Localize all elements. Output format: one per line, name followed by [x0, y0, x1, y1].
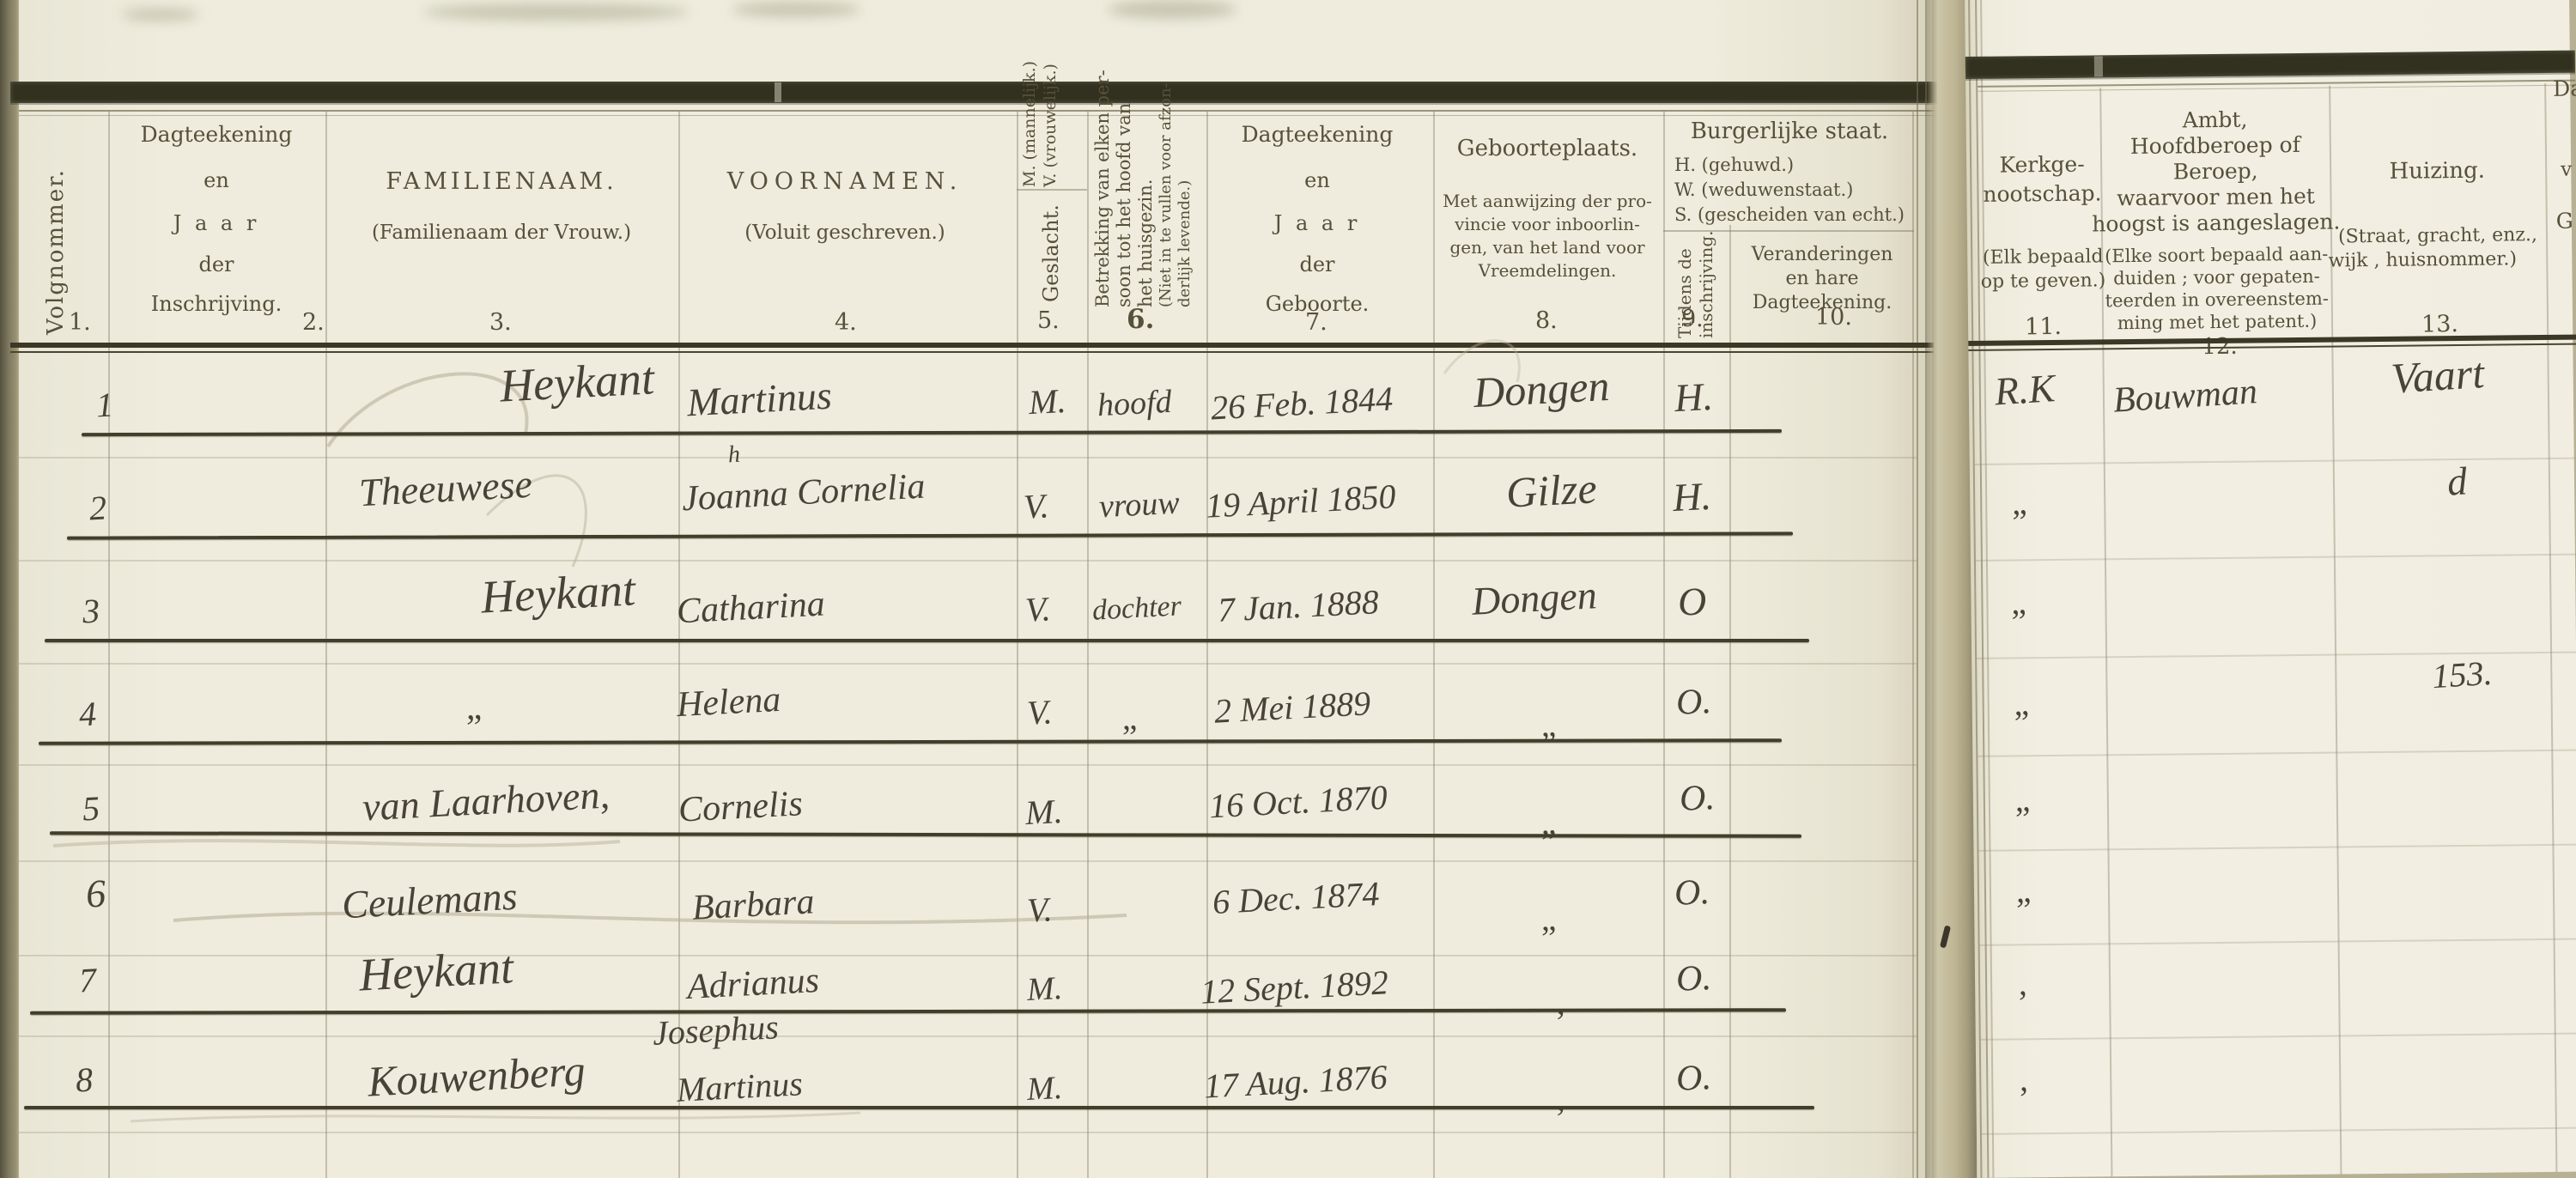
col11-num: 11. — [2025, 313, 2062, 340]
strike-line — [39, 738, 1782, 745]
col7-num: 7. — [1305, 309, 1327, 336]
row-geboorteplaats: Gilze — [1505, 463, 1598, 517]
row-geboorteplaats: , — [1555, 982, 1565, 1023]
col12-sub: (Elke soort bepaald aan- — [2105, 244, 2328, 267]
bleed-smudge — [422, 3, 689, 21]
col7-line: Dagteekening — [1242, 122, 1394, 147]
col2-line: der — [198, 252, 234, 276]
row-familienaam: Theeuwese — [358, 461, 533, 515]
row-geboortedatum: 6 Dec. 1874 — [1212, 873, 1381, 922]
row-burgerlijke-staat: O. — [1675, 1057, 1712, 1100]
row-geboorteplaats: Dongen — [1473, 361, 1611, 417]
col12-line: Hoofdberoep of — [2130, 132, 2300, 159]
col2-num: 2. — [302, 309, 325, 336]
row-voornaam-insert: h — [727, 441, 741, 470]
col8-sub: gen, van het land voor — [1449, 237, 1644, 258]
row-kerkgenootschap: „ — [2012, 683, 2033, 724]
col13-title: Huizing. — [2389, 158, 2485, 185]
col3-num: 3. — [489, 309, 512, 336]
col13-sub: (Straat, gracht, enz., — [2338, 224, 2537, 247]
row-geboortedatum: 2 Mei 1889 — [1213, 683, 1371, 731]
col5-title: Geslacht. — [1039, 199, 1063, 302]
col12-sub: ming met het patent.) — [2117, 311, 2318, 333]
row-geslacht: M. — [1026, 1069, 1063, 1108]
bs-group-title: Burgerlijke staat. — [1691, 118, 1888, 144]
col4-num: 4. — [835, 309, 857, 336]
col10-line: en hare — [1785, 268, 1858, 289]
row-burgerlijke-staat: O. — [1674, 871, 1710, 914]
row-nr: 3 — [82, 591, 100, 632]
row-geslacht: M. — [1024, 791, 1064, 833]
col12-sub: teerden in overeenstem- — [2105, 288, 2329, 312]
row-familienaam: Ceulemans — [341, 873, 519, 928]
row-voornamen: Barbara — [691, 881, 816, 928]
row-voornamen: Catharina — [676, 584, 826, 633]
row-geboorteplaats: Dongen — [1471, 572, 1598, 624]
col1-num: 1. — [69, 309, 91, 336]
row-kerkgenootschap: „ — [2013, 779, 2034, 820]
row-geboortedatum: 17 Aug. 1876 — [1203, 1056, 1388, 1106]
row-burgerlijke-staat: O. — [1679, 777, 1716, 820]
col14-fragment: Dag — [2553, 76, 2576, 101]
row-familienaam: Heykant — [499, 351, 656, 412]
col6-num: 6. — [1127, 304, 1154, 335]
row-huizing: 153. — [2431, 653, 2494, 696]
col11-title-2: nootschap. — [1983, 180, 2101, 206]
col8-sub: vincie voor inboorlin- — [1455, 214, 1640, 234]
col4-subtitle: (Voluit geschreven.) — [744, 222, 945, 244]
col12-sub: duiden ; voor gepaten- — [2113, 266, 2320, 289]
col8-title: Geboorteplaats. — [1457, 136, 1637, 161]
col2-line: J a a r — [173, 211, 260, 235]
bleed-smudge — [122, 9, 199, 21]
col10-num: 10. — [1815, 304, 1852, 331]
row-nr: 4 — [78, 694, 97, 735]
book-edge — [0, 0, 19, 1178]
row-burgerlijke-staat: O. — [1675, 681, 1712, 724]
strike-line — [24, 1106, 1814, 1109]
col14-fragment: G — [2556, 209, 2573, 234]
row-kerkgenootschap: „ — [2010, 482, 2032, 523]
row-geslacht: V. — [1026, 889, 1054, 930]
bs-legend: S. (gescheiden van echt.) — [1674, 204, 1905, 225]
col7-line: J a a r — [1274, 211, 1361, 235]
row-kerkgenootschap: , — [2017, 962, 2028, 1004]
row-geboortedatum: 26 Feb. 1844 — [1210, 378, 1394, 428]
bar-gap — [775, 82, 781, 102]
row-geboortedatum: 7 Jan. 1888 — [1217, 581, 1380, 630]
row-nr: 5 — [82, 788, 100, 829]
col2-line: en — [204, 168, 229, 192]
row-voornamen: Cornelis — [677, 783, 804, 831]
strike-line — [82, 429, 1782, 436]
row-burgerlijke-staat: H. — [1674, 373, 1714, 421]
row-voornamen: Martinus — [676, 1063, 804, 1110]
col12-line: Beroep, — [2173, 158, 2258, 184]
left-page: Volgnommer. Dagteekening en J a a r der … — [19, 0, 1932, 1178]
bleed-smudge — [1108, 0, 1236, 19]
row-voornamen: Adrianus — [686, 960, 820, 1008]
row-geboorteplaats: , — [1555, 1078, 1565, 1119]
row-familienaam: „ — [465, 686, 487, 728]
col10-line: Veranderingen — [1752, 244, 1893, 265]
top-rule-bar — [1965, 51, 2575, 79]
row-geboortedatum: 16 Oct. 1870 — [1208, 777, 1388, 827]
row-geslacht: M. — [1028, 380, 1067, 422]
row-nr: 8 — [75, 1060, 94, 1101]
row-voornamen: Martinus — [686, 373, 833, 426]
strike-line — [45, 639, 1809, 642]
row-geslacht: V. — [1023, 485, 1050, 526]
row-familienaam: Heykant — [358, 940, 515, 1001]
col2-line: Inschrijving. — [151, 292, 282, 316]
bleed-smudge — [732, 2, 860, 17]
row-kerkgenootschap: R.K — [1993, 365, 2056, 414]
row-geboortedatum: 19 April 1850 — [1205, 476, 1397, 526]
col11-sub: (Elk bepaald — [1983, 246, 2104, 268]
row-geslacht: M. — [1026, 969, 1063, 1009]
pencil-ghost-strokes — [19, 0, 1932, 1178]
row-familienaam: Heykant — [480, 562, 637, 623]
col11-sub: op te geven.) — [1981, 270, 2106, 293]
col8-sub: Vreemdelingen. — [1479, 260, 1617, 281]
row-familienaam: Kouwenberg — [367, 1045, 586, 1106]
row-burgerlijke-staat: H. — [1672, 473, 1712, 520]
row-kerkgenootschap: , — [2018, 1059, 2029, 1100]
row-burgerlijke-staat: O. — [1675, 957, 1712, 1000]
row-voornamen: Helena — [676, 679, 782, 726]
col7-line: en — [1304, 168, 1330, 192]
strike-line — [50, 831, 1801, 838]
row-voornamen: Joanna Cornelia — [681, 466, 927, 520]
row-familienaam: van Laarhoven, — [361, 772, 611, 830]
row-burgerlijke-staat: O — [1677, 578, 1708, 625]
row-huizing: d — [2445, 458, 2468, 504]
row-nr: 6 — [85, 870, 107, 916]
row-geslacht: V. — [1024, 588, 1052, 629]
right-page: Kerkge- nootschap. (Elk bepaald op te ge… — [1965, 0, 2576, 1178]
strike-line — [30, 1008, 1786, 1015]
col9-num: 9. — [1681, 306, 1704, 332]
row-kerkgenootschap: „ — [2014, 870, 2036, 911]
col12-line: waarvoor men het — [2117, 184, 2315, 210]
top-rule-bar — [10, 82, 1942, 103]
col5-legend: M. (mannelijk.) V. (vrouwelijk.) — [1020, 113, 1060, 187]
row-nr: 7 — [78, 960, 97, 1001]
col6-title: Betrekking van elken per- soon tot het h… — [1092, 115, 1194, 307]
col3-title: FAMILIENAAM. — [386, 168, 617, 195]
row-beroep: Bouwman — [2112, 371, 2259, 421]
col5-num: 5. — [1037, 307, 1060, 334]
col2-line: Dagteekening — [141, 122, 293, 147]
col12-line: hoogst is aangeslagen. — [2092, 209, 2340, 236]
row-betrekking: „ — [1121, 696, 1142, 738]
col4-title: VOORNAMEN. — [727, 168, 963, 195]
col13-sub: wijk , huisnommer.) — [2328, 248, 2517, 271]
bar-gap — [2094, 56, 2103, 76]
register-scan: Volgnommer. Dagteekening en J a a r der … — [0, 0, 2576, 1178]
row-kerkgenootschap: „ — [2009, 581, 2031, 622]
col11-title-1: Kerkge- — [1999, 152, 2084, 178]
row-betrekking: dochter — [1091, 590, 1182, 627]
row-geboorteplaats: „ — [1540, 897, 1561, 938]
col7-line: der — [1299, 252, 1334, 276]
row-nr: 1 — [95, 385, 114, 426]
row-betrekking: vrouw — [1098, 484, 1181, 526]
row-huizing: Vaart — [2390, 348, 2486, 404]
bs-legend: H. (gehuwd.) — [1674, 155, 1794, 175]
row-betrekking: hoofd — [1097, 383, 1173, 424]
col14-fragment: v — [2561, 159, 2572, 181]
col5-legend-m: M. (mannelijk.) — [1020, 113, 1039, 187]
col1-title: Volgnommer. — [43, 146, 69, 335]
row-geboortedatum: 12 Sept. 1892 — [1200, 962, 1389, 1011]
col8-sub: Met aanwijzing der pro- — [1443, 191, 1652, 211]
col12-line: Ambt, — [2183, 107, 2248, 133]
row-geslacht: V. — [1026, 691, 1054, 732]
col8-num: 8. — [1535, 307, 1558, 334]
col3-subtitle: (Familienaam der Vrouw.) — [372, 222, 631, 244]
row-nr: 2 — [88, 488, 107, 529]
col5-legend-v: V. (vrouwelijk.) — [1041, 113, 1060, 187]
bs-legend: W. (weduwenstaat.) — [1674, 179, 1853, 200]
col13-num: 13. — [2421, 311, 2458, 337]
